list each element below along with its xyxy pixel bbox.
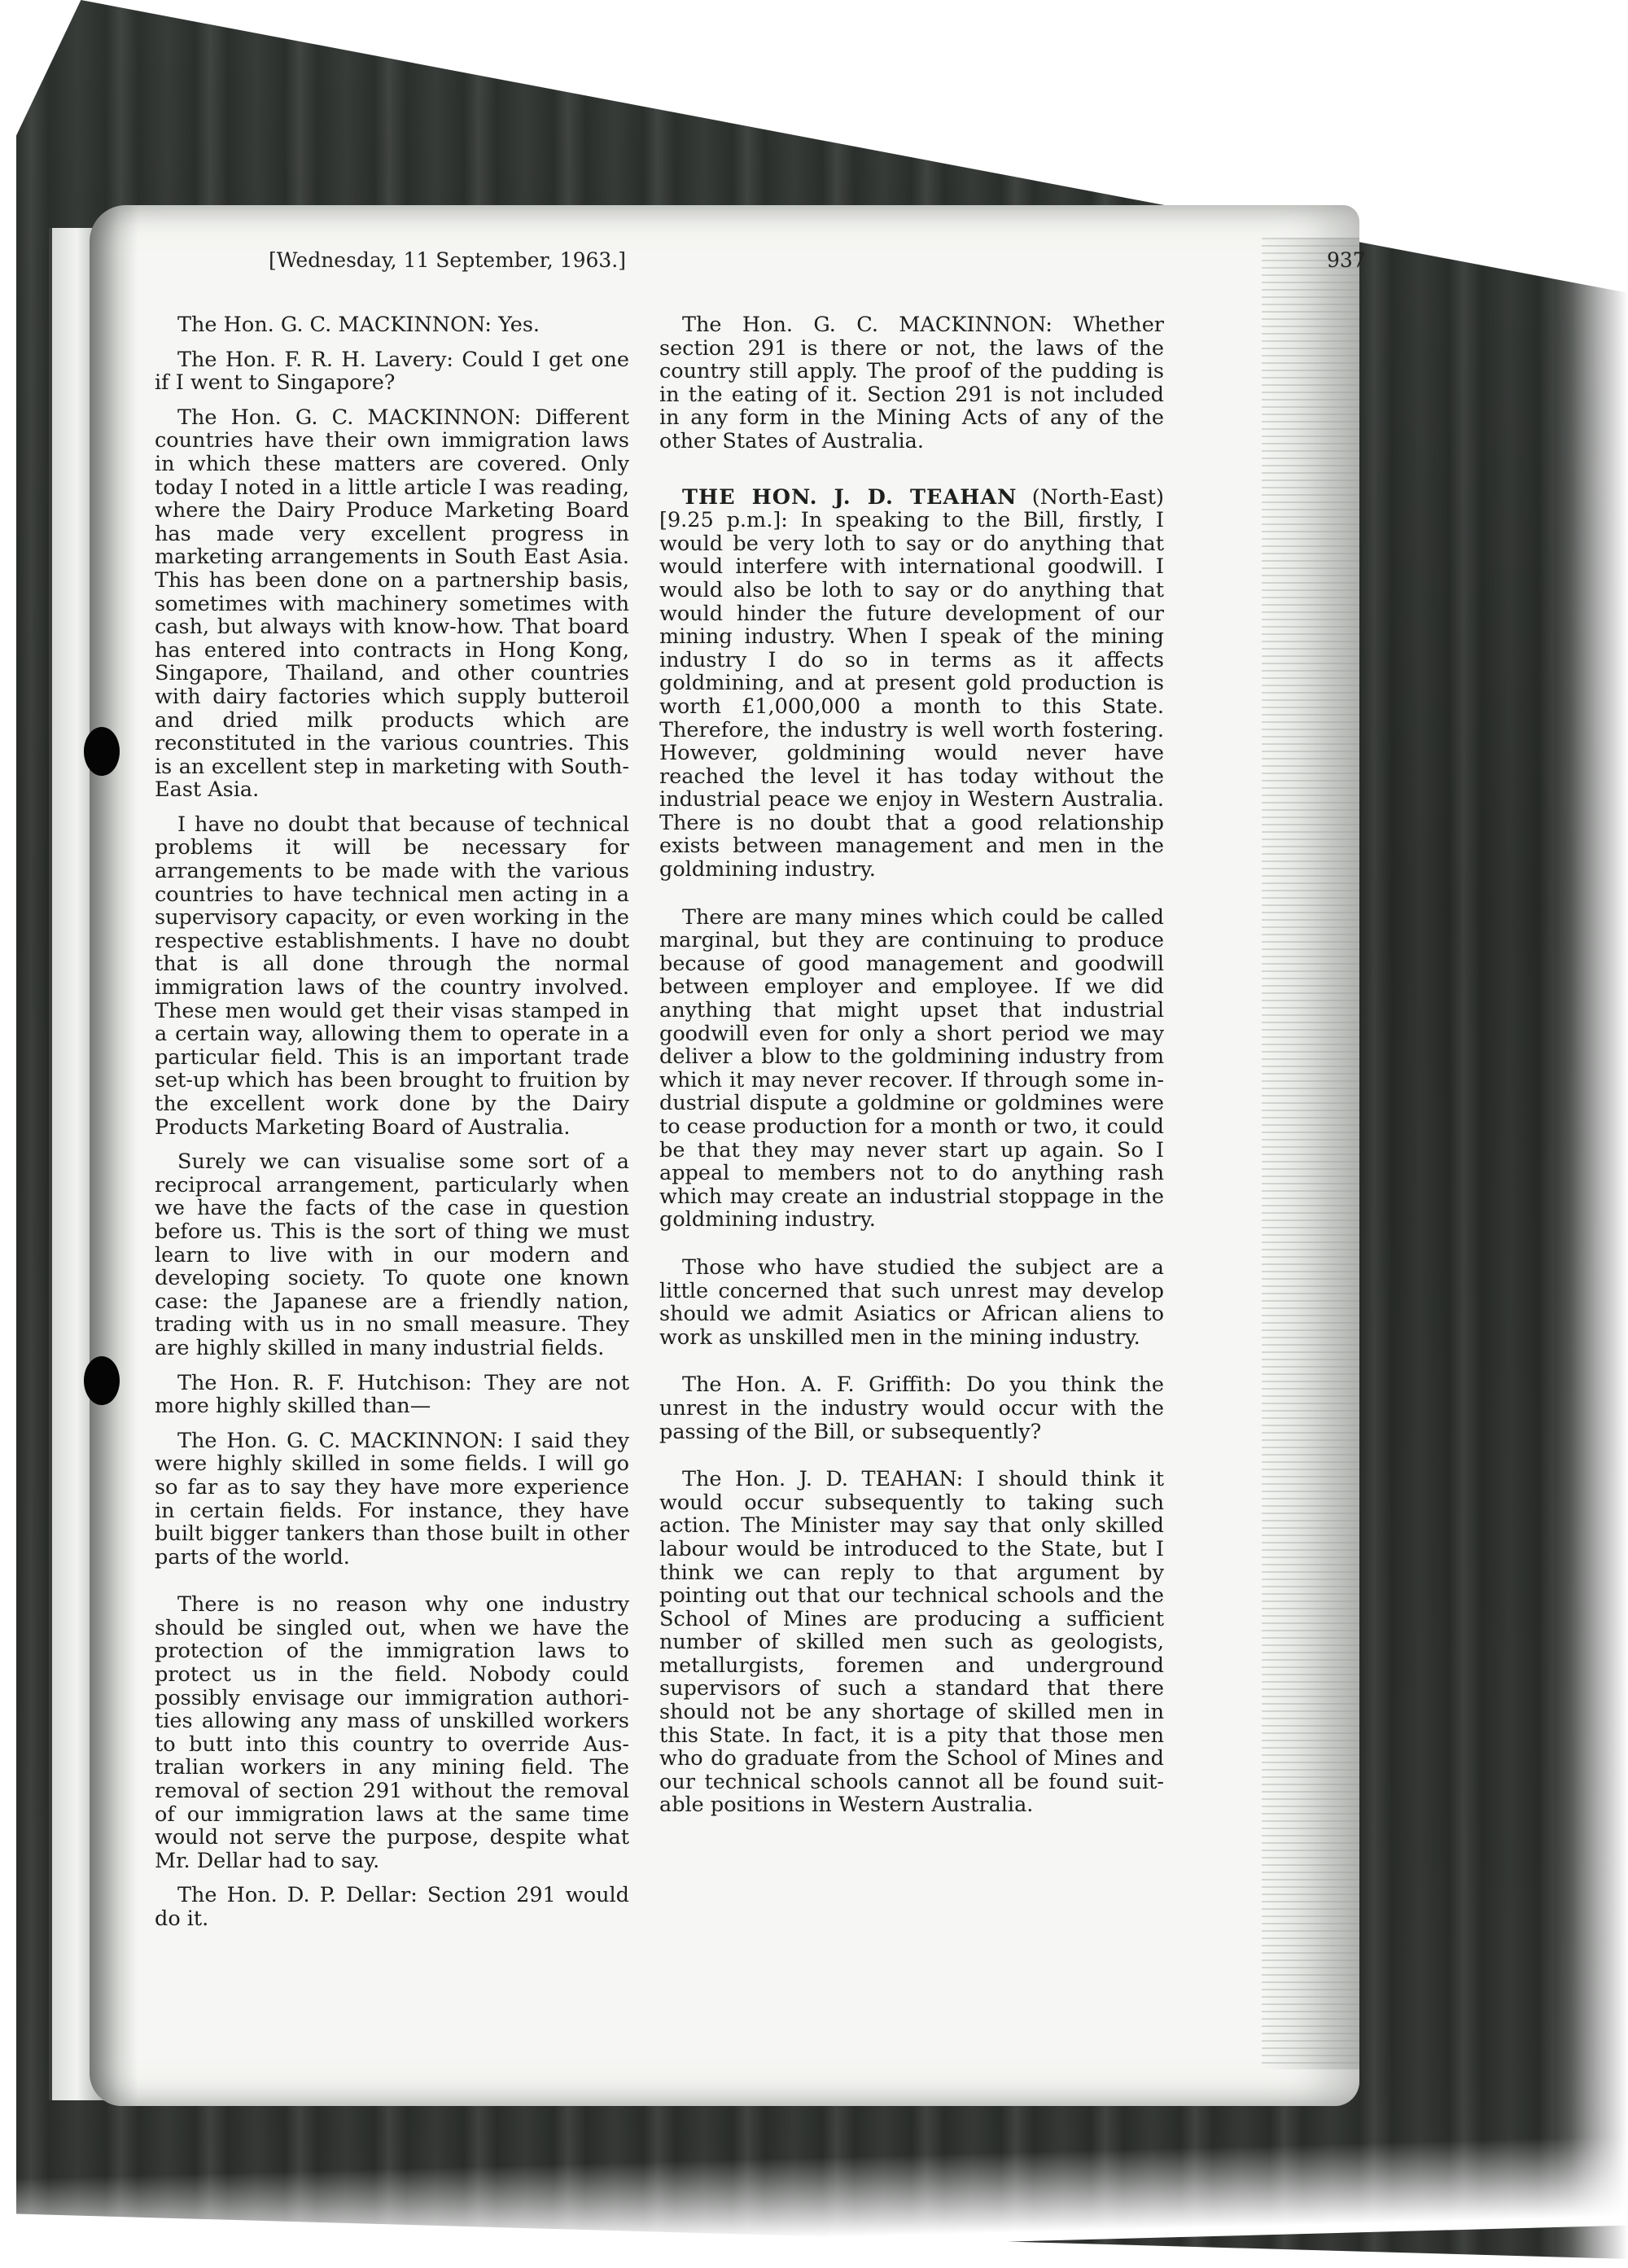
header-date: [Wednesday, 11 September, 1963.] [269, 248, 626, 272]
scan-margin-right [1555, 0, 1628, 2268]
paragraph: The Hon. G. C. MACKINNON: Whether sectio… [659, 313, 1164, 453]
left-column: The Hon. G. C. MACKINNON: Yes. The Hon. … [155, 313, 629, 1942]
right-column: The Hon. G. C. MACKINNON: Whether sectio… [659, 313, 1164, 1828]
paragraph: The Hon. R. F. Hutchison: They are not m… [155, 1372, 629, 1418]
paragraph: Surely we can visualise some sort of a r… [155, 1150, 629, 1359]
punch-hole [84, 727, 120, 776]
speaker-heading: THE HON. J. D. TEAHAN [682, 485, 1017, 510]
paragraph: There are many mines which could be call… [659, 906, 1164, 1232]
paragraph: The Hon. G. C. MACKINNON: Different coun… [155, 406, 629, 802]
paragraph: The Hon. D. P. Dellar: Section 291 would… [155, 1884, 629, 1930]
page-number: 937 [1327, 248, 1366, 272]
page-edge-right [1262, 238, 1359, 2069]
paragraph: The Hon. A. F. Griffith: Do you think th… [659, 1373, 1164, 1443]
paragraph: The Hon. G. C. MACKINNON: I said they we… [155, 1430, 629, 1570]
paragraph: The Hon. F. R. H. Lavery: Could I get on… [155, 348, 629, 395]
paragraph: Those who have studied the subject are a… [659, 1256, 1164, 1349]
paragraph: The Hon. J. D. TEAHAN: I should think it… [659, 1468, 1164, 1817]
speech-paragraph: THE HON. J. D. TEAHAN (North-East) [9.25… [659, 486, 1164, 882]
paragraph: There is no reason why one industry shou… [155, 1593, 629, 1872]
paragraph: The Hon. G. C. MACKINNON: Yes. [155, 313, 629, 337]
speech-text: (North-East) [9.25 p.m.]: In speaking to… [659, 485, 1164, 882]
punch-hole [84, 1356, 120, 1405]
paragraph: I have no doubt that because of tech­nic… [155, 813, 629, 1139]
page-gutter-shadow [90, 205, 138, 2106]
